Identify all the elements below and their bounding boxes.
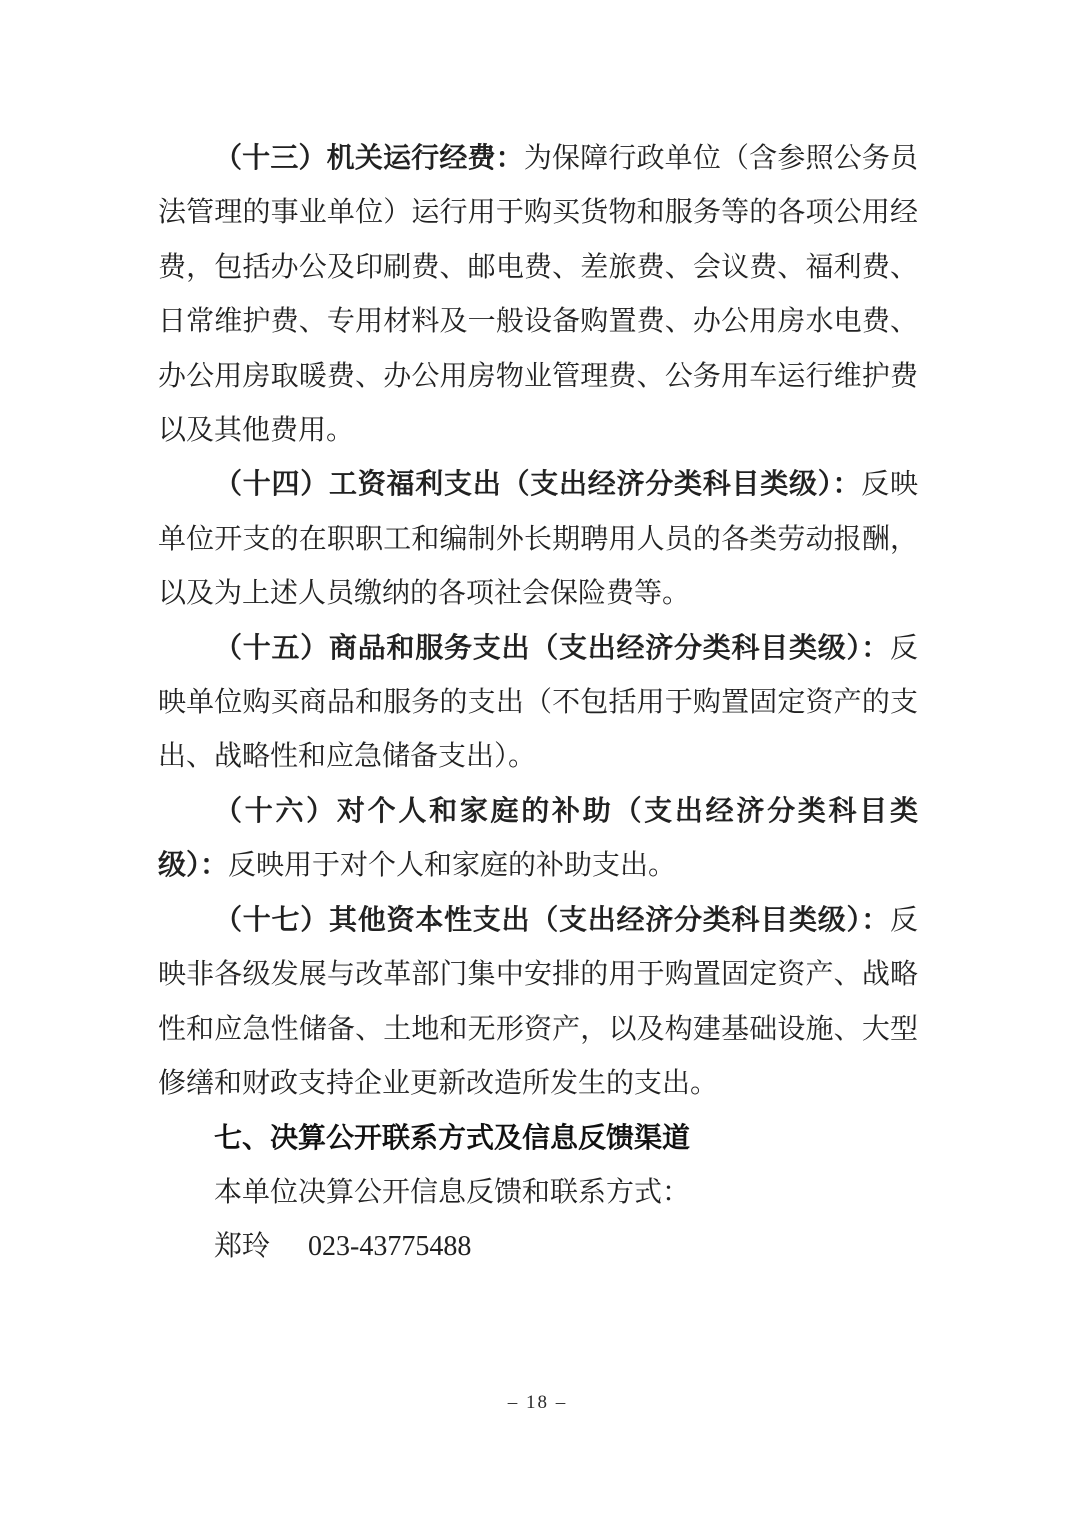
section-heading: 七、决算公开联系方式及信息反馈渠道 <box>158 1111 918 1165</box>
paragraph-lead: （十四）工资福利支出（支出经济分类科目类级）： <box>214 469 861 500</box>
contact-name: 郑玲 <box>214 1231 270 1262</box>
contact-intro: 本单位决算公开信息反馈和联系方式： <box>158 1166 918 1220</box>
document-body: （十三）机关运行经费：为保障行政单位（含参照公务员法管理的事业单位）运行用于购买… <box>158 132 918 1275</box>
contact-line: 郑玲023-43775488 <box>158 1220 918 1274</box>
paragraph-text: 反映用于对个人和家庭的补助支出。 <box>228 850 676 881</box>
paragraph-lead: （十七）其他资本性支出（支出经济分类科目类级）： <box>214 905 890 936</box>
paragraph-text: 为保障行政单位（含参照公务员法管理的事业单位）运行用于购买货物和服务等的各项公用… <box>158 143 918 446</box>
paragraph-item-17: （十七）其他资本性支出（支出经济分类科目类级）：反映非各级发展与改革部门集中安排… <box>158 894 918 1112</box>
paragraph-item-14: （十四）工资福利支出（支出经济分类科目类级）：反映单位开支的在职职工和编制外长期… <box>158 458 918 621</box>
paragraph-lead: （十三）机关运行经费： <box>214 143 524 174</box>
contact-phone: 023-43775488 <box>308 1231 471 1262</box>
paragraph-item-16: （十六）对个人和家庭的补助（支出经济分类科目类级）：反映用于对个人和家庭的补助支… <box>158 785 918 894</box>
paragraph-lead: （十五）商品和服务支出（支出经济分类科目类级）： <box>214 633 890 664</box>
page-number: – 18 – <box>0 1392 1075 1414</box>
paragraph-item-15: （十五）商品和服务支出（支出经济分类科目类级）：反映单位购买商品和服务的支出（不… <box>158 622 918 785</box>
document-page: （十三）机关运行经费：为保障行政单位（含参照公务员法管理的事业单位）运行用于购买… <box>0 0 1075 1520</box>
paragraph-item-13: （十三）机关运行经费：为保障行政单位（含参照公务员法管理的事业单位）运行用于购买… <box>158 132 918 458</box>
